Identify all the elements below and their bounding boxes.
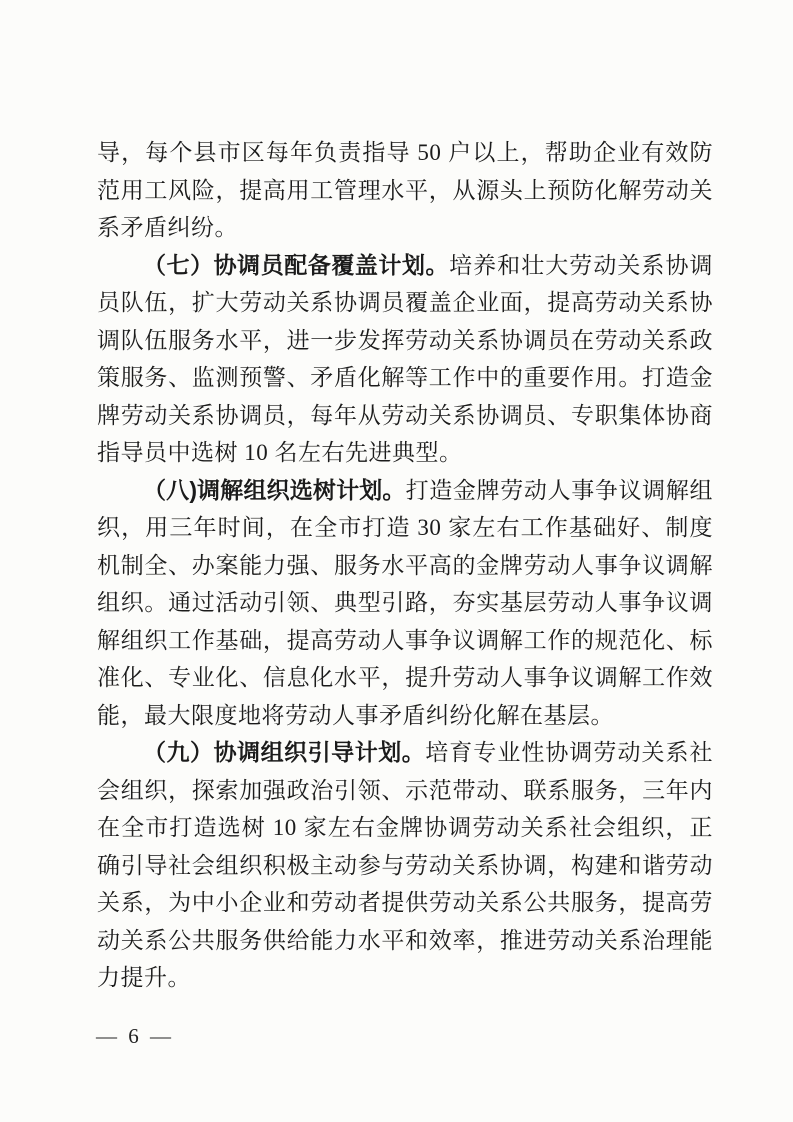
paragraph-plan-7: （七）协调员配备覆盖计划。培养和壮大劳动关系协调员队伍，扩大劳动关系协调员覆盖企… [97,247,713,472]
paragraph-heading: （八)调解组织选树计划。 [143,477,406,503]
paragraph-heading: （七）协调员配备覆盖计划。 [143,252,449,278]
document-page: 导，每个县市区每年负责指导 50 户以上，帮助企业有效防范用工风险，提高用工管理… [0,0,793,1122]
paragraph-text: 培养和壮大劳动关系协调员队伍，扩大劳动关系协调员覆盖企业面，提高劳动关系协调队伍… [97,253,713,466]
page-number: — 6 — [96,1024,174,1049]
paragraph-continuation: 导，每个县市区每年负责指导 50 户以上，帮助企业有效防范用工风险，提高用工管理… [97,134,713,247]
paragraph-heading: （九）协调组织引导计划。 [143,739,425,765]
paragraph-text: 导，每个县市区每年负责指导 50 户以上，帮助企业有效防范用工风险，提高用工管理… [97,140,713,240]
paragraph-plan-8: （八)调解组织选树计划。打造金牌劳动人事争议调解组织，用三年时间，在全市打造 3… [97,472,713,735]
paragraph-plan-9: （九）协调组织引导计划。培育专业性协调劳动关系社会组织，探索加强政治引领、示范带… [97,734,713,997]
paragraph-text: 打造金牌劳动人事争议调解组织，用三年时间，在全市打造 30 家左右工作基础好、制… [97,478,713,728]
paragraph-text: 培育专业性协调劳动关系社会组织，探索加强政治引领、示范带动、联系服务，三年内在全… [97,740,713,990]
document-body: 导，每个县市区每年负责指导 50 户以上，帮助企业有效防范用工风险，提高用工管理… [97,134,713,997]
